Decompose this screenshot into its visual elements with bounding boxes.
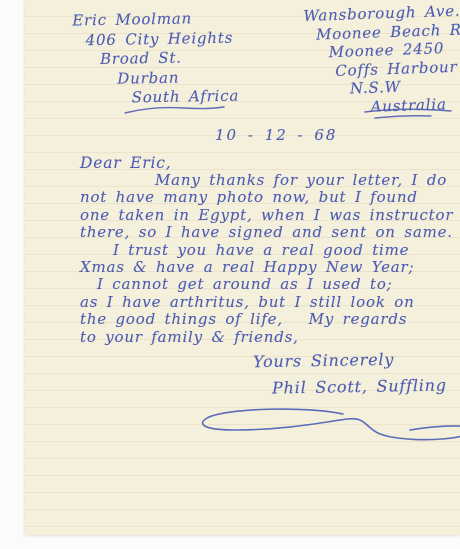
valediction: Yours Sincerely [253, 350, 394, 371]
body-line: as I have arthritus, but I still look on [80, 294, 453, 311]
scanned-letter-page: { "colors": { "paper": "#f5f0dc", "ink":… [0, 0, 460, 549]
recipient-address-line: 406 City Heights [86, 28, 239, 50]
recipient-address-line: Broad St. [100, 48, 239, 70]
underline-flourish-australia [363, 106, 455, 122]
letter-body: Many thanks for your letter, I do not ha… [80, 172, 453, 346]
body-line: Xmas & have a real Happy New Year; [80, 259, 453, 276]
date-line: 10 - 12 - 68 [215, 126, 337, 144]
body-line: there, so I have signed and sent on same… [80, 224, 453, 241]
letter-paper: Eric Moolman 406 City Heights Broad St. … [25, 0, 460, 535]
signature-name: Phil Scott, Suffling [272, 375, 447, 397]
body-line: Many thanks for your letter, I do [155, 172, 453, 189]
body-line: the good things of life, My regards [80, 311, 453, 328]
body-line: one taken in Egypt, when I was instructo… [80, 207, 453, 224]
body-line: I cannot get around as I used to; [97, 276, 453, 293]
sender-address: Wansborough Ave. Moonee Beach Rd. Moonee… [303, 1, 460, 118]
body-line: I trust you have a real good time [113, 242, 453, 259]
underline-flourish-south-africa [123, 103, 227, 117]
salutation: Dear Eric, [80, 154, 171, 172]
signature-flourish [195, 402, 460, 450]
body-line: not have many photo now, but I found [80, 189, 453, 206]
recipient-address-line: Durban [117, 67, 239, 89]
recipient-address: Eric Moolman 406 City Heights Broad St. … [72, 9, 239, 109]
body-line: to your family & friends, [80, 329, 453, 346]
